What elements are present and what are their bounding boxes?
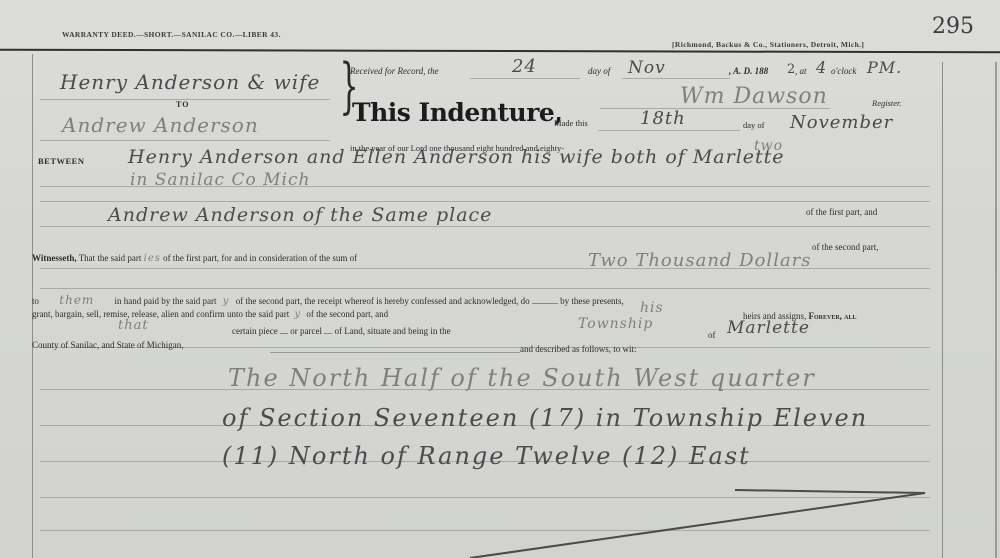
deed-page: WARRANTY DEED.—SHORT.—SANILAC CO.—LIBER … xyxy=(0,0,1000,558)
closing-line-stroke xyxy=(0,0,1000,558)
